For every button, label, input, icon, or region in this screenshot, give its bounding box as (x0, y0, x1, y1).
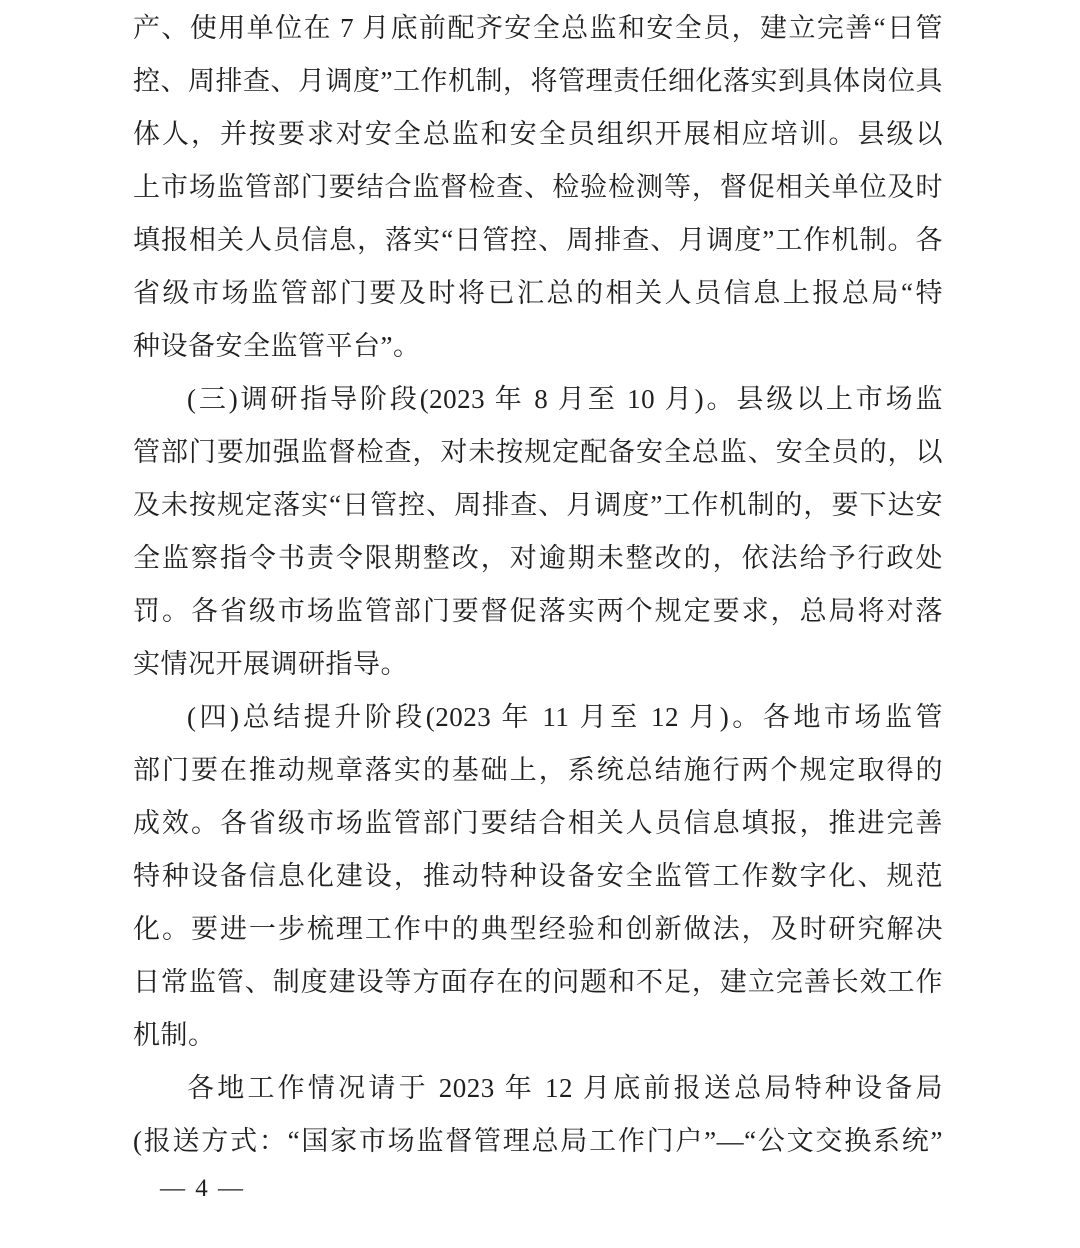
text-line: 各地工作情况请于 2023 年 12 月底前报送总局特种设备局 (133, 1062, 943, 1115)
text-line: 特种设备信息化建设，推动特种设备安全监管工作数字化、规范 (133, 850, 943, 903)
text-line: 种设备安全监管平台”。 (133, 320, 943, 373)
text-line: 管部门要加强监督检查，对未按规定配备安全总监、安全员的，以 (133, 426, 943, 479)
page-number: — 4 — (160, 1174, 245, 1204)
text-line: 及未按规定落实“日管控、周排查、月调度”工作机制的，要下达安 (133, 479, 943, 532)
text-line: 部门要在推动规章落实的基础上，系统总结施行两个规定取得的 (133, 744, 943, 797)
text-line: (三)调研指导阶段(2023 年 8 月至 10 月)。县级以上市场监 (133, 373, 943, 426)
text-line: 产、使用单位在 7 月底前配齐安全总监和安全员，建立完善“日管 (133, 2, 943, 55)
text-line: 填报相关人员信息，落实“日管控、周排查、月调度”工作机制。各 (133, 214, 943, 267)
document-body: 产、使用单位在 7 月底前配齐安全总监和安全员，建立完善“日管控、周排查、月调度… (133, 2, 943, 1168)
text-line: 上市场监管部门要结合监督检查、检验检测等，督促相关单位及时 (133, 161, 943, 214)
text-line: 实情况开展调研指导。 (133, 638, 943, 691)
text-line: 控、周排查、月调度”工作机制，将管理责任细化落实到具体岗位具 (133, 55, 943, 108)
text-line: 全监察指令书责令限期整改，对逾期未整改的，依法给予行政处 (133, 532, 943, 585)
text-line: 机制。 (133, 1009, 943, 1062)
document-page: 产、使用单位在 7 月底前配齐安全总监和安全员，建立完善“日管控、周排查、月调度… (0, 0, 1080, 1248)
text-line: 成效。各省级市场监管部门要结合相关人员信息填报，推进完善 (133, 797, 943, 850)
text-line: (报送方式：“国家市场监督管理总局工作门户”—“公文交换系统” (133, 1115, 943, 1168)
text-line: (四)总结提升阶段(2023 年 11 月至 12 月)。各地市场监管 (133, 691, 943, 744)
text-line: 化。要进一步梳理工作中的典型经验和创新做法，及时研究解决 (133, 903, 943, 956)
text-line: 省级市场监管部门要及时将已汇总的相关人员信息上报总局“特 (133, 267, 943, 320)
text-line: 体人，并按要求对安全总监和安全员组织开展相应培训。县级以 (133, 108, 943, 161)
text-line: 日常监管、制度建设等方面存在的问题和不足，建立完善长效工作 (133, 956, 943, 1009)
text-line: 罚。各省级市场监管部门要督促落实两个规定要求，总局将对落 (133, 585, 943, 638)
